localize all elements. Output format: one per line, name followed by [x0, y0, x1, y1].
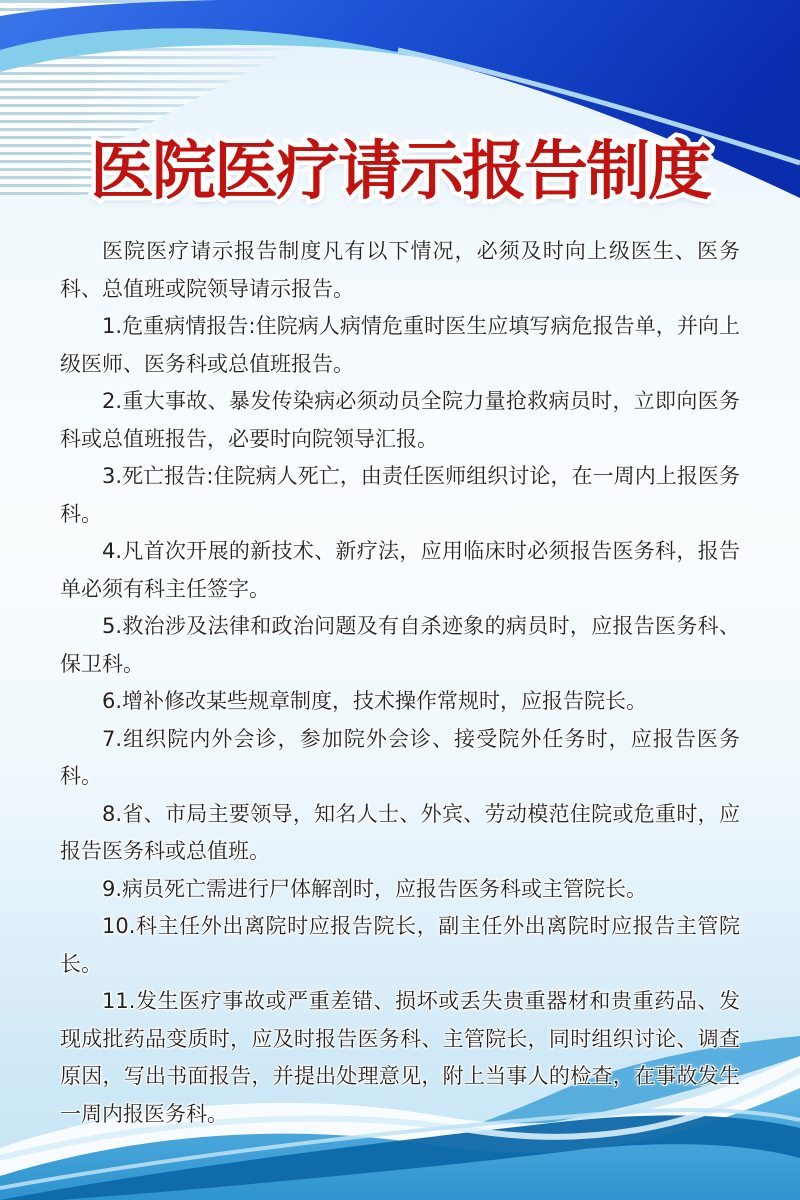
rule-item-5: 5.救治涉及法律和政治问题及有自杀迹象的病员时，应报告医务科、保卫科。: [60, 608, 740, 683]
rule-item-10: 10.科主任外出离院时应报告院长，副主任外出离院时应报告主管院长。: [60, 908, 740, 983]
rule-item-1: 1.危重病情报告:住院病人病情危重时医生应填写病危报告单，并向上级医师、医务科或…: [60, 308, 740, 383]
rule-item-6: 6.增补修改某些规章制度，技术操作常规时，应报告院长。: [60, 683, 740, 721]
rules-text-block: 医院医疗请示报告制度凡有以下情况，必须及时向上级医生、医务科、总值班或院领导请示…: [60, 233, 740, 1133]
rule-item-2: 2.重大事故、暴发传染病必须动员全院力量抢救病员时，立即向医务科或总值班报告，必…: [60, 383, 740, 458]
rule-item-11: 11.发生医疗事故或严重差错、损坏或丢失贵重器材和贵重药品、发现成批药品变质时，…: [60, 983, 740, 1133]
rule-item-9: 9.病员死亡需进行尸体解剖时，应报告医务科或主管院长。: [60, 871, 740, 909]
poster-title-text: 医院医疗请示报告制度: [0, 126, 800, 218]
rule-item-7: 7.组织院内外会诊，参加院外会诊、接受院外任务时，应报告医务科。: [60, 721, 740, 796]
rule-item-4: 4.凡首次开展的新技术、新疗法，应用临床时必须报告医务科，报告单必须有科主任签字…: [60, 533, 740, 608]
poster-root: 医院医疗请示报告制度 医院医疗请示报告制度 医院医疗请示报告制度凡有以下情况，必…: [0, 0, 800, 1200]
intro-paragraph: 医院医疗请示报告制度凡有以下情况，必须及时向上级医生、医务科、总值班或院领导请示…: [60, 233, 740, 308]
rule-item-8: 8.省、市局主要领导，知名人士、外宾、劳动模范住院或危重时，应报告医务科或总值班…: [60, 796, 740, 871]
rule-item-3: 3.死亡报告:住院病人死亡，由责任医师组织讨论，在一周内上报医务科。: [60, 458, 740, 533]
